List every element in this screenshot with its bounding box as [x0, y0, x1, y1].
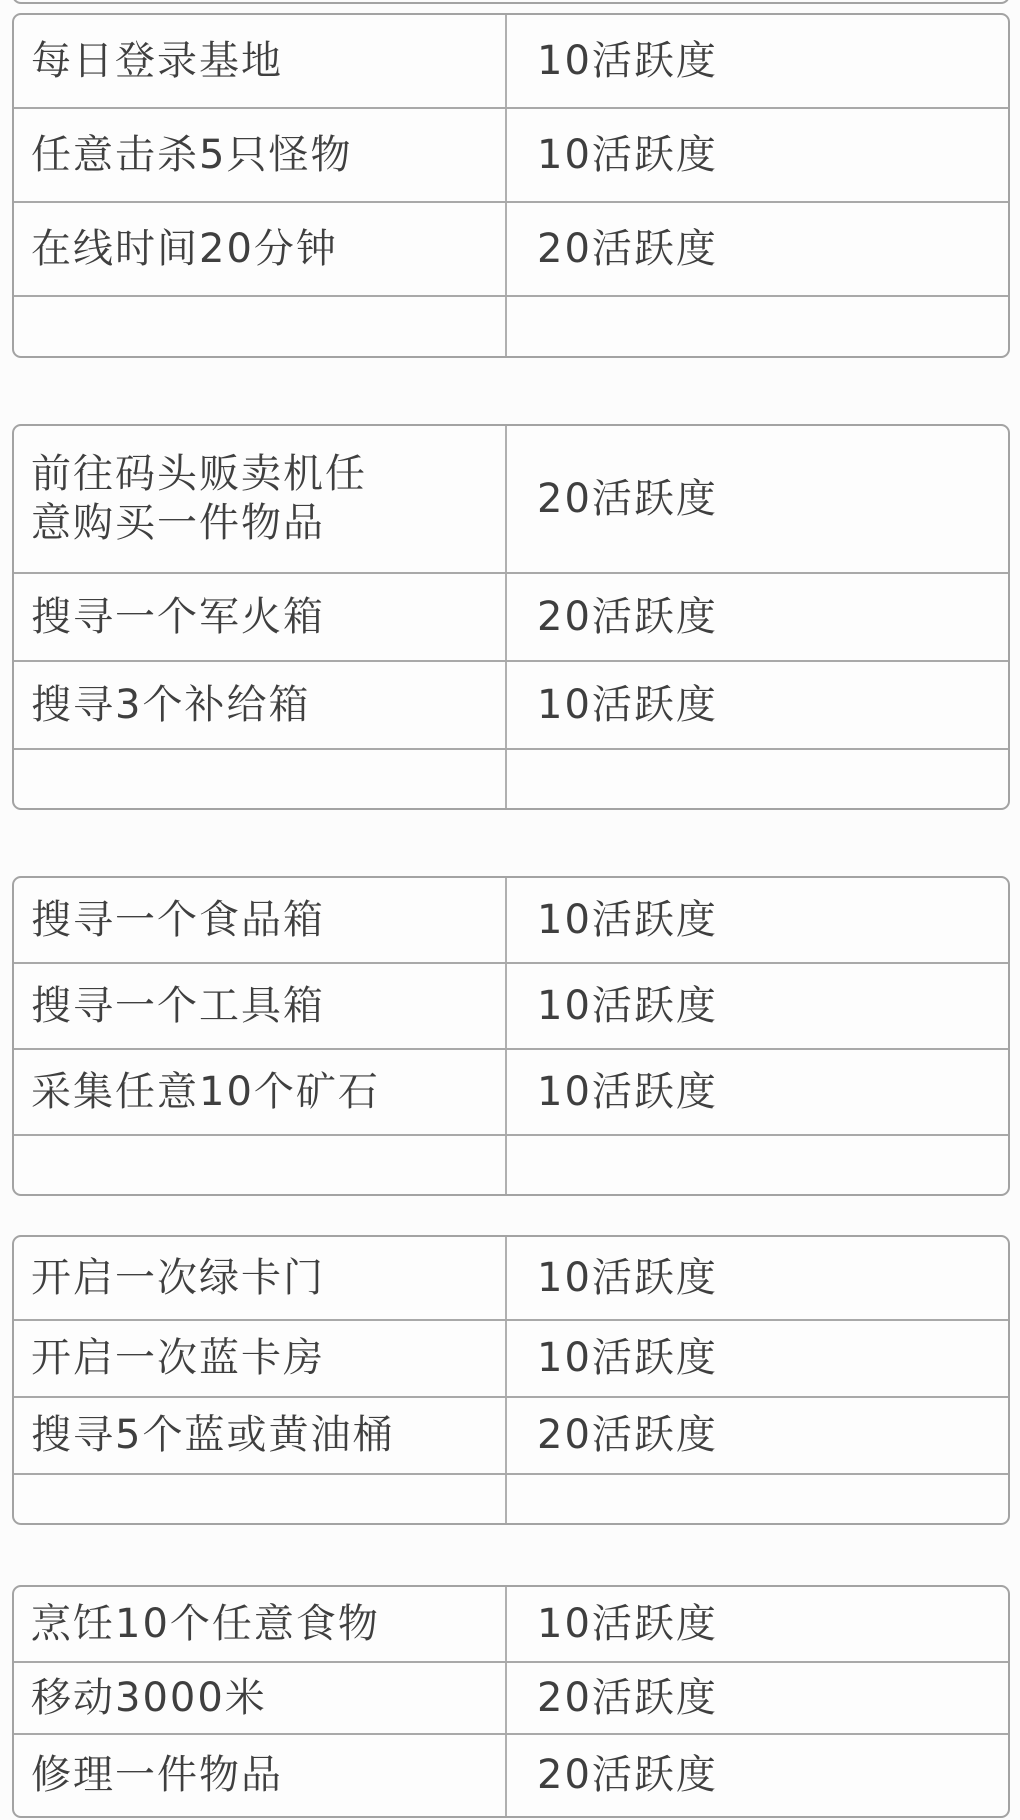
task-cell: 前往码头贩卖机任意购买一件物品: [14, 426, 505, 572]
task-cell: [14, 297, 505, 356]
table-row: 烹饪10个任意食物 10活跃度: [14, 1587, 1008, 1661]
task-table-section-4: 开启一次绿卡门 10活跃度 开启一次蓝卡房 10活跃度 搜寻5个蓝或黄油桶 20…: [12, 1235, 1010, 1525]
table-row: 移动3000米 20活跃度: [14, 1661, 1008, 1733]
reward-cell: 10活跃度: [505, 1237, 1008, 1319]
table-row: 开启一次蓝卡房 10活跃度: [14, 1319, 1008, 1396]
task-cell: 开启一次蓝卡房: [14, 1321, 505, 1396]
reward-cell: [505, 1136, 1008, 1194]
task-cell: 修理一件物品: [14, 1735, 505, 1816]
task-table-section-2: 前往码头贩卖机任意购买一件物品 20活跃度 搜寻一个军火箱 20活跃度 搜寻3个…: [12, 424, 1010, 810]
task-cell: 任意击杀5只怪物: [14, 109, 505, 201]
empty-spacer-row: [14, 748, 1008, 808]
empty-spacer-row: [14, 295, 1008, 356]
empty-spacer-row: [14, 1473, 1008, 1523]
task-cell: [14, 750, 505, 808]
reward-cell: 20活跃度: [505, 1398, 1008, 1473]
empty-spacer-row: [14, 1134, 1008, 1194]
reward-cell: 20活跃度: [505, 574, 1008, 660]
reward-cell: [505, 1475, 1008, 1523]
reward-cell: 10活跃度: [505, 109, 1008, 201]
table-row: 搜寻一个军火箱 20活跃度: [14, 572, 1008, 660]
reward-cell: 10活跃度: [505, 1587, 1008, 1661]
table-row: 前往码头贩卖机任意购买一件物品 20活跃度: [14, 426, 1008, 572]
task-cell: 搜寻一个工具箱: [14, 964, 505, 1048]
task-cell: 移动3000米: [14, 1663, 505, 1733]
task-table-section-1: 每日登录基地 10活跃度 任意击杀5只怪物 10活跃度 在线时间20分钟 20活…: [12, 13, 1010, 358]
reward-cell: 10活跃度: [505, 1321, 1008, 1396]
table-row: 搜寻一个食品箱 10活跃度: [14, 878, 1008, 962]
table-row: 搜寻5个蓝或黄油桶 20活跃度: [14, 1396, 1008, 1473]
table-row: 开启一次绿卡门 10活跃度: [14, 1237, 1008, 1319]
task-cell: 搜寻一个食品箱: [14, 878, 505, 962]
reward-cell: 10活跃度: [505, 964, 1008, 1048]
reward-cell: 10活跃度: [505, 878, 1008, 962]
task-cell: [14, 1475, 505, 1523]
task-table-section-5: 烹饪10个任意食物 10活跃度 移动3000米 20活跃度 修理一件物品 20活…: [12, 1585, 1010, 1818]
task-cell: 采集任意10个矿石: [14, 1050, 505, 1134]
task-cell: 开启一次绿卡门: [14, 1237, 505, 1319]
reward-cell: 10活跃度: [505, 662, 1008, 748]
reward-cell: [505, 750, 1008, 808]
reward-cell: 10活跃度: [505, 1050, 1008, 1134]
reward-cell: [505, 297, 1008, 356]
reward-cell: 20活跃度: [505, 1735, 1008, 1816]
task-table-section-3: 搜寻一个食品箱 10活跃度 搜寻一个工具箱 10活跃度 采集任意10个矿石 10…: [12, 876, 1010, 1196]
reward-cell: 20活跃度: [505, 426, 1008, 572]
task-cell: 搜寻一个军火箱: [14, 574, 505, 660]
task-cell: 每日登录基地: [14, 15, 505, 107]
table-row: 采集任意10个矿石 10活跃度: [14, 1048, 1008, 1134]
table-row: 在线时间20分钟 20活跃度: [14, 201, 1008, 295]
reward-cell: 20活跃度: [505, 1663, 1008, 1733]
task-cell: 搜寻5个蓝或黄油桶: [14, 1398, 505, 1473]
table-row: 搜寻一个工具箱 10活跃度: [14, 962, 1008, 1048]
task-cell: 在线时间20分钟: [14, 203, 505, 295]
task-cell: 烹饪10个任意食物: [14, 1587, 505, 1661]
table-row: 搜寻3个补给箱 10活跃度: [14, 660, 1008, 748]
table-row: 修理一件物品 20活跃度: [14, 1733, 1008, 1816]
cropped-row-stub: [12, 0, 1010, 4]
table-row: 任意击杀5只怪物 10活跃度: [14, 107, 1008, 201]
task-cell: [14, 1136, 505, 1194]
table-row: 每日登录基地 10活跃度: [14, 15, 1008, 107]
reward-cell: 10活跃度: [505, 15, 1008, 107]
task-cell: 搜寻3个补给箱: [14, 662, 505, 748]
reward-cell: 20活跃度: [505, 203, 1008, 295]
activity-points-table-screenshot: { "colors": { "border": "#a3a3a3", "sepa…: [0, 0, 1020, 1820]
